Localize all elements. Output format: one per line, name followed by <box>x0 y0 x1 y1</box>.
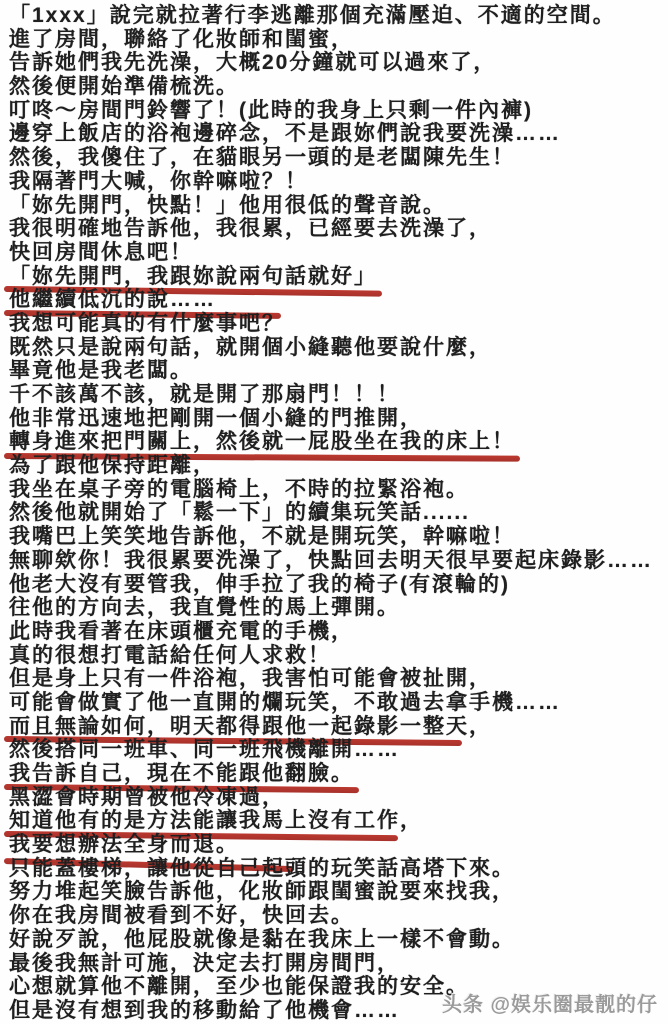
text-line: 邊穿上飯店的浴袍邊碎念，不是跟妳們說我要洗澡…… <box>9 122 666 146</box>
text-line: 無聊欸你！我很累要洗澡了，快點回去明天很早要起床錄影…… <box>9 549 666 573</box>
text-line: 我要想辦法全身而退。 <box>9 833 666 857</box>
text-line: 但是身上只有一件浴袍，我害怕可能會被扯開， <box>9 667 666 691</box>
text-line: 努力堆起笑臉告訴他，化妝師跟閨蜜說要來找我， <box>9 880 666 904</box>
text-line: 然後便開始準備梳洗。 <box>9 75 666 99</box>
line-text: 而且無論如何，明天都得跟他一起錄影一整天， <box>9 715 492 739</box>
line-text: 只能蓋樓梯，讓他從自己起頭的玩笑話高塔下來。 <box>9 857 515 881</box>
text-line: 你在我房間被看到不好，快回去。 <box>9 904 666 928</box>
text-line: 我告訴自己，現在不能跟他翻臉。 <box>9 762 666 786</box>
text-line: 最後我無計可施，決定去打開房間門， <box>9 952 666 976</box>
line-text: 知道他有的是方法能讓我馬上沒有工作， <box>9 809 423 833</box>
text-line: 叮咚～房間門鈴響了！(此時的我身上只剩一件內褲) <box>9 99 666 123</box>
line-text: 我嘴巴上笑笑地告訴他，不就是開玩笑，幹嘛啦！ <box>9 525 515 549</box>
line-text: 「1xxx」說完就拉著行李逃離那個充滿壓迫、不適的空間。 <box>9 4 616 28</box>
line-text: 我要想辦法全身而退。 <box>9 833 239 857</box>
line-text: 好說歹說，他屁股就像是黏在我床上一樣不會動。 <box>9 928 515 952</box>
text-line: 我想可能真的有什麼事吧？ <box>9 312 666 336</box>
text-line: 我嘴巴上笑笑地告訴他，不就是開玩笑，幹嘛啦！ <box>9 525 666 549</box>
text-line: 「妳先開門，我跟妳說兩句話就好」 <box>9 265 666 289</box>
line-text: 他老大沒有要管我，伸手拉了我的椅子(有滾輪的) <box>9 573 510 597</box>
line-text: 無聊欸你！我很累要洗澡了，快點回去明天很早要起床錄影…… <box>9 549 653 573</box>
text-line: 告訴她們我先洗澡，大概20分鐘就可以過來了， <box>9 51 666 75</box>
line-text: 快回房間休息吧！ <box>9 241 193 265</box>
text-line: 而且無論如何，明天都得跟他一起錄影一整天， <box>9 715 666 739</box>
line-text: 你在我房間被看到不好，快回去。 <box>9 904 354 928</box>
line-text: 此時我看著在床頭櫃充電的手機， <box>9 620 354 644</box>
line-text: 「妳先開門，快點！」他用很低的聲音說。 <box>9 194 446 218</box>
line-text: 可能會做實了他一直開的爛玩笑，不敢過去拿手機…… <box>9 691 561 715</box>
line-text: 最後我無計可施，決定去打開房間門， <box>9 952 400 976</box>
line-text: 往他的方向去，我直覺性的馬上彈開。 <box>9 596 400 620</box>
watermark: 头条 @娱乐圈最靓的仔 <box>442 988 658 1017</box>
text-line: 既然只是說兩句話，就開個小縫聽他要說什麼， <box>9 336 666 360</box>
line-text: 轉身進來把門關上，然後就一屁股坐在我的床上！ <box>9 430 515 454</box>
text-line: 可能會做實了他一直開的爛玩笑，不敢過去拿手機…… <box>9 691 666 715</box>
line-text: 黑澀會時期曾被他冷凍過， <box>9 786 285 810</box>
line-text: 然後他就開始了「鬆一下」的續集玩笑話...... <box>9 501 470 525</box>
text-line: 他非常迅速地把剛開一個小縫的門推開， <box>9 407 666 431</box>
text-line: 好說歹說，他屁股就像是黏在我床上一樣不會動。 <box>9 928 666 952</box>
text-line: 我隔著門大喊，你幹嘛啦？！ <box>9 170 666 194</box>
line-text: 我想可能真的有什麼事吧？ <box>9 312 285 336</box>
page: 「1xxx」說完就拉著行李逃離那個充滿壓迫、不適的空間。 進了房間，聯絡了化妝師… <box>0 0 668 1024</box>
line-text: 然後便開始準備梳洗。 <box>9 75 239 99</box>
line-text: 邊穿上飯店的浴袍邊碎念，不是跟妳們說我要洗澡…… <box>9 122 561 146</box>
line-text: 他非常迅速地把剛開一個小縫的門推開， <box>9 407 423 431</box>
text-line: 然後，我傻住了，在貓眼另一頭的是老闆陳先生！ <box>9 146 666 170</box>
line-text: 我隔著門大喊，你幹嘛啦？！ <box>9 170 308 194</box>
line-text: 然後，我傻住了，在貓眼另一頭的是老闆陳先生！ <box>9 146 515 170</box>
text-line: 進了房間，聯絡了化妝師和閨蜜， <box>9 28 666 52</box>
text-line: 畢竟他是我老闆。 <box>9 359 666 383</box>
text-line: 他繼續低沉的說…… <box>9 288 666 312</box>
text-body: 「1xxx」說完就拉著行李逃離那個充滿壓迫、不適的空間。 進了房間，聯絡了化妝師… <box>9 4 666 1023</box>
text-line: 真的很想打電話給任何人求救！ <box>9 644 666 668</box>
text-line: 知道他有的是方法能讓我馬上沒有工作， <box>9 809 666 833</box>
text-line: 快回房間休息吧！ <box>9 241 666 265</box>
text-line: 為了跟他保持距離， <box>9 454 666 478</box>
line-text: 我很明確地告訴他，我很累，已經要去洗澡了， <box>9 217 492 241</box>
text-line: 此時我看著在床頭櫃充電的手機， <box>9 620 666 644</box>
text-line: 「妳先開門，快點！」他用很低的聲音說。 <box>9 194 666 218</box>
line-text: 告訴她們我先洗澡，大概20分鐘就可以過來了， <box>9 51 496 75</box>
line-text: 畢竟他是我老闆。 <box>9 359 193 383</box>
line-text: 但是身上只有一件浴袍，我害怕可能會被扯開， <box>9 667 492 691</box>
line-text: 但是沒有想到我的移動給了他機會…… <box>9 999 400 1023</box>
text-line: 千不該萬不該，就是開了那扇門！！！ <box>9 383 666 407</box>
line-text: 為了跟他保持距離， <box>9 454 216 478</box>
line-text: 進了房間，聯絡了化妝師和閨蜜， <box>9 28 354 52</box>
text-line: 往他的方向去，我直覺性的馬上彈開。 <box>9 596 666 620</box>
line-text: 叮咚～房間門鈴響了！(此時的我身上只剩一件內褲) <box>9 99 533 123</box>
text-line: 然後搭同一班車、同一班飛機離開…… <box>9 738 666 762</box>
line-text: 既然只是說兩句話，就開個小縫聽他要說什麼， <box>9 336 492 360</box>
line-text: 然後搭同一班車、同一班飛機離開…… <box>9 738 400 762</box>
line-text: 我坐在桌子旁的電腦椅上，不時的拉緊浴袍。 <box>9 478 469 502</box>
line-text: 努力堆起笑臉告訴他，化妝師跟閨蜜說要來找我， <box>9 880 515 904</box>
line-text: 千不該萬不該，就是開了那扇門！！！ <box>9 383 400 407</box>
text-line: 我很明確地告訴他，我很累，已經要去洗澡了， <box>9 217 666 241</box>
line-text: 心想就算他不離開，至少也能保證我的安全。 <box>9 975 469 999</box>
text-line: 我坐在桌子旁的電腦椅上，不時的拉緊浴袍。 <box>9 478 666 502</box>
text-line: 只能蓋樓梯，讓他從自己起頭的玩笑話高塔下來。 <box>9 857 666 881</box>
line-text: 真的很想打電話給任何人求救！ <box>9 644 331 668</box>
text-line: 然後他就開始了「鬆一下」的續集玩笑話...... <box>9 501 666 525</box>
text-line: 「1xxx」說完就拉著行李逃離那個充滿壓迫、不適的空間。 <box>9 4 666 28</box>
text-line: 他老大沒有要管我，伸手拉了我的椅子(有滾輪的) <box>9 573 666 597</box>
line-text: 「妳先開門，我跟妳說兩句話就好」 <box>9 265 377 289</box>
text-line: 轉身進來把門關上，然後就一屁股坐在我的床上！ <box>9 430 666 454</box>
line-text: 他繼續低沉的說…… <box>9 288 216 312</box>
line-text: 我告訴自己，現在不能跟他翻臉。 <box>9 762 354 786</box>
text-line: 黑澀會時期曾被他冷凍過， <box>9 786 666 810</box>
